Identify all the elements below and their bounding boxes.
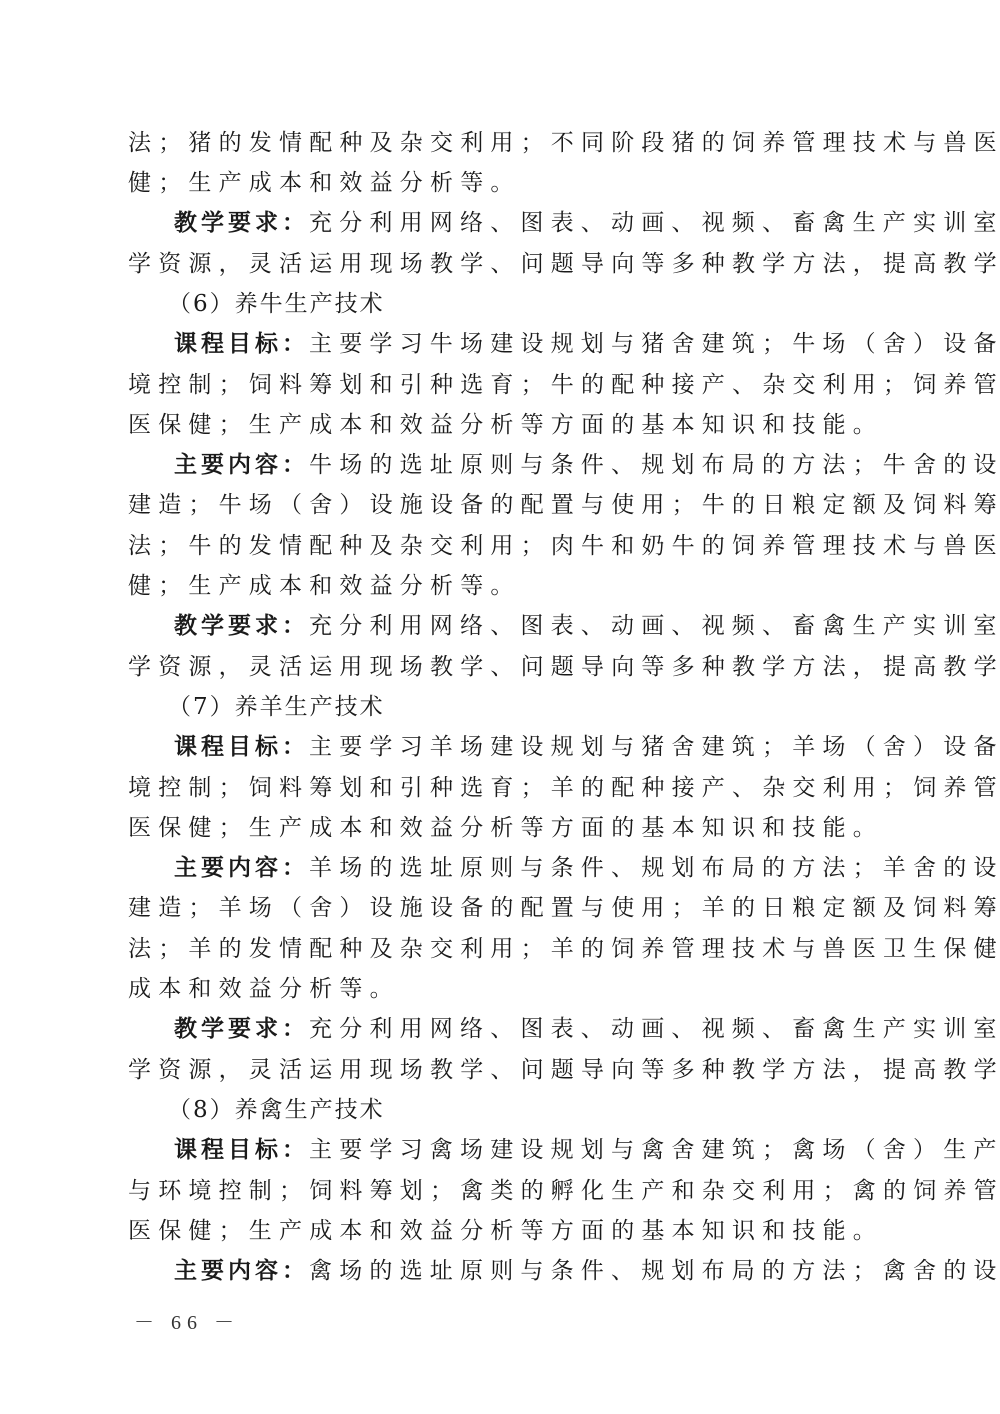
section-label: 课程目标： bbox=[174, 734, 309, 760]
subsection-heading: （6）养牛生产技术 bbox=[168, 291, 385, 317]
body-text: 境控制；饲料筹划和引种选育；牛的配种接产、杂交利用；饲养管理和兽 bbox=[128, 372, 1000, 398]
body-text: 建造；羊场（舍）设施设备的配置与使用；羊的日粮定额及饲料筹划的方 bbox=[128, 895, 1000, 921]
section-label: 教学要求： bbox=[174, 210, 309, 236]
line-27: 医保健；生产成本和效益分析等方面的基本知识和技能。 bbox=[128, 1211, 874, 1251]
line-3: 学资源，灵活运用现场教学、问题导向等多种教学方法，提高教学效果。 bbox=[128, 244, 874, 284]
body-text: 充分利用网络、图表、动画、视频、畜禽生产实训室等教 bbox=[309, 210, 1000, 236]
line-2: 教学要求：充分利用网络、图表、动画、视频、畜禽生产实训室等教 bbox=[174, 203, 874, 243]
line-1: 健；生产成本和效益分析等。 bbox=[128, 163, 874, 203]
section-label: 主要内容： bbox=[174, 855, 309, 881]
section-label: 教学要求： bbox=[174, 1016, 309, 1042]
line-6: 境控制；饲料筹划和引种选育；牛的配种接产、杂交利用；饲养管理和兽 bbox=[128, 365, 874, 405]
line-18: 主要内容：羊场的选址原则与条件、规划布局的方法；羊舍的设计与 bbox=[174, 848, 874, 888]
page-number: － 66 － bbox=[134, 1306, 240, 1335]
section-label: 课程目标： bbox=[174, 1137, 309, 1163]
line-0: 法；猪的发情配种及杂交利用；不同阶段猪的饲养管理技术与兽医卫生保 bbox=[128, 123, 874, 163]
body-text: 法；羊的发情配种及杂交利用；羊的饲养管理技术与兽医卫生保健；生产 bbox=[128, 936, 1000, 962]
section-label: 课程目标： bbox=[174, 331, 309, 357]
body-text: 学资源，灵活运用现场教学、问题导向等多种教学方法，提高教学效果。 bbox=[128, 654, 1000, 680]
section-label: 教学要求： bbox=[174, 613, 309, 639]
body-text: 医保健；生产成本和效益分析等方面的基本知识和技能。 bbox=[128, 815, 883, 841]
line-19: 建造；羊场（舍）设施设备的配置与使用；羊的日粮定额及饲料筹划的方 bbox=[128, 888, 874, 928]
body-text: 健；生产成本和效益分析等。 bbox=[128, 573, 521, 599]
line-11: 健；生产成本和效益分析等。 bbox=[128, 566, 874, 606]
section-label: 主要内容： bbox=[174, 1258, 309, 1284]
body-text: 健；生产成本和效益分析等。 bbox=[128, 170, 521, 196]
body-text: 禽场的选址原则与条件、规划布局的方法；禽舍的设计与 bbox=[309, 1258, 1000, 1284]
line-22: 教学要求：充分利用网络、图表、动画、视频、畜禽生产实训室等教 bbox=[174, 1009, 874, 1049]
body-text: 主要学习牛场建设规划与猪舍建筑；牛场（舍）设备与环 bbox=[309, 331, 1000, 357]
line-4: （6）养牛生产技术 bbox=[168, 284, 914, 324]
line-14: （7）养羊生产技术 bbox=[168, 687, 914, 727]
line-12: 教学要求：充分利用网络、图表、动画、视频、畜禽生产实训室等教 bbox=[174, 606, 874, 646]
body-text: 学资源，灵活运用现场教学、问题导向等多种教学方法，提高教学效 bbox=[128, 1057, 1000, 1083]
body-text: 建造；牛场（舍）设施设备的配置与使用；牛的日粮定额及饲料筹划的方 bbox=[128, 492, 1000, 518]
body-text: 成本和效益分析等。 bbox=[128, 976, 400, 1002]
body-text: 医保健；生产成本和效益分析等方面的基本知识和技能。 bbox=[128, 412, 883, 438]
body-text: 境控制；饲料筹划和引种选育；羊的配种接产、杂交利用；饲养管理和兽 bbox=[128, 775, 1000, 801]
line-13: 学资源，灵活运用现场教学、问题导向等多种教学方法，提高教学效果。 bbox=[128, 647, 874, 687]
line-8: 主要内容：牛场的选址原则与条件、规划布局的方法；牛舍的设计与 bbox=[174, 445, 874, 485]
line-26: 与环境控制；饲料筹划；禽类的孵化生产和杂交利用；禽的饲养管理和兽 bbox=[128, 1171, 874, 1211]
subsection-heading: （8）养禽生产技术 bbox=[168, 1097, 385, 1123]
body-text: 牛场的选址原则与条件、规划布局的方法；牛舍的设计与 bbox=[309, 452, 1000, 478]
body-text: 主要学习禽场建设规划与禽舍建筑；禽场（舍）生产设备 bbox=[309, 1137, 1000, 1163]
line-20: 法；羊的发情配种及杂交利用；羊的饲养管理技术与兽医卫生保健；生产 bbox=[128, 929, 874, 969]
body-text: 学资源，灵活运用现场教学、问题导向等多种教学方法，提高教学效果。 bbox=[128, 251, 1000, 277]
line-9: 建造；牛场（舍）设施设备的配置与使用；牛的日粮定额及饲料筹划的方 bbox=[128, 485, 874, 525]
line-28: 主要内容：禽场的选址原则与条件、规划布局的方法；禽舍的设计与 bbox=[174, 1251, 874, 1291]
body-text: 羊场的选址原则与条件、规划布局的方法；羊舍的设计与 bbox=[309, 855, 1000, 881]
line-16: 境控制；饲料筹划和引种选育；羊的配种接产、杂交利用；饲养管理和兽 bbox=[128, 768, 874, 808]
line-5: 课程目标：主要学习牛场建设规划与猪舍建筑；牛场（舍）设备与环 bbox=[174, 324, 874, 364]
section-label: 主要内容： bbox=[174, 452, 309, 478]
body-text: 充分利用网络、图表、动画、视频、畜禽生产实训室等教 bbox=[309, 1016, 1000, 1042]
line-25: 课程目标：主要学习禽场建设规划与禽舍建筑；禽场（舍）生产设备 bbox=[174, 1130, 874, 1170]
line-24: （8）养禽生产技术 bbox=[168, 1090, 914, 1130]
body-text: 法；猪的发情配种及杂交利用；不同阶段猪的饲养管理技术与兽医卫生保 bbox=[128, 130, 1000, 156]
subsection-heading: （7）养羊生产技术 bbox=[168, 694, 385, 720]
line-15: 课程目标：主要学习羊场建设规划与猪舍建筑；羊场（舍）设备与环 bbox=[174, 727, 874, 767]
body-text: 充分利用网络、图表、动画、视频、畜禽生产实训室等教 bbox=[309, 613, 1000, 639]
line-17: 医保健；生产成本和效益分析等方面的基本知识和技能。 bbox=[128, 808, 874, 848]
document-page: 法；猪的发情配种及杂交利用；不同阶段猪的饲养管理技术与兽医卫生保 健；生产成本和… bbox=[0, 0, 1000, 1414]
line-21: 成本和效益分析等。 bbox=[128, 969, 874, 1009]
line-23: 学资源，灵活运用现场教学、问题导向等多种教学方法，提高教学效 bbox=[128, 1050, 874, 1090]
body-text: 主要学习羊场建设规划与猪舍建筑；羊场（舍）设备与环 bbox=[309, 734, 1000, 760]
line-7: 医保健；生产成本和效益分析等方面的基本知识和技能。 bbox=[128, 405, 874, 445]
body-text: 医保健；生产成本和效益分析等方面的基本知识和技能。 bbox=[128, 1218, 883, 1244]
line-10: 法；牛的发情配种及杂交利用；肉牛和奶牛的饲养管理技术与兽医卫生保 bbox=[128, 526, 874, 566]
body-text: 法；牛的发情配种及杂交利用；肉牛和奶牛的饲养管理技术与兽医卫生保 bbox=[128, 533, 1000, 559]
body-text: 与环境控制；饲料筹划；禽类的孵化生产和杂交利用；禽的饲养管理和兽 bbox=[128, 1178, 1000, 1204]
